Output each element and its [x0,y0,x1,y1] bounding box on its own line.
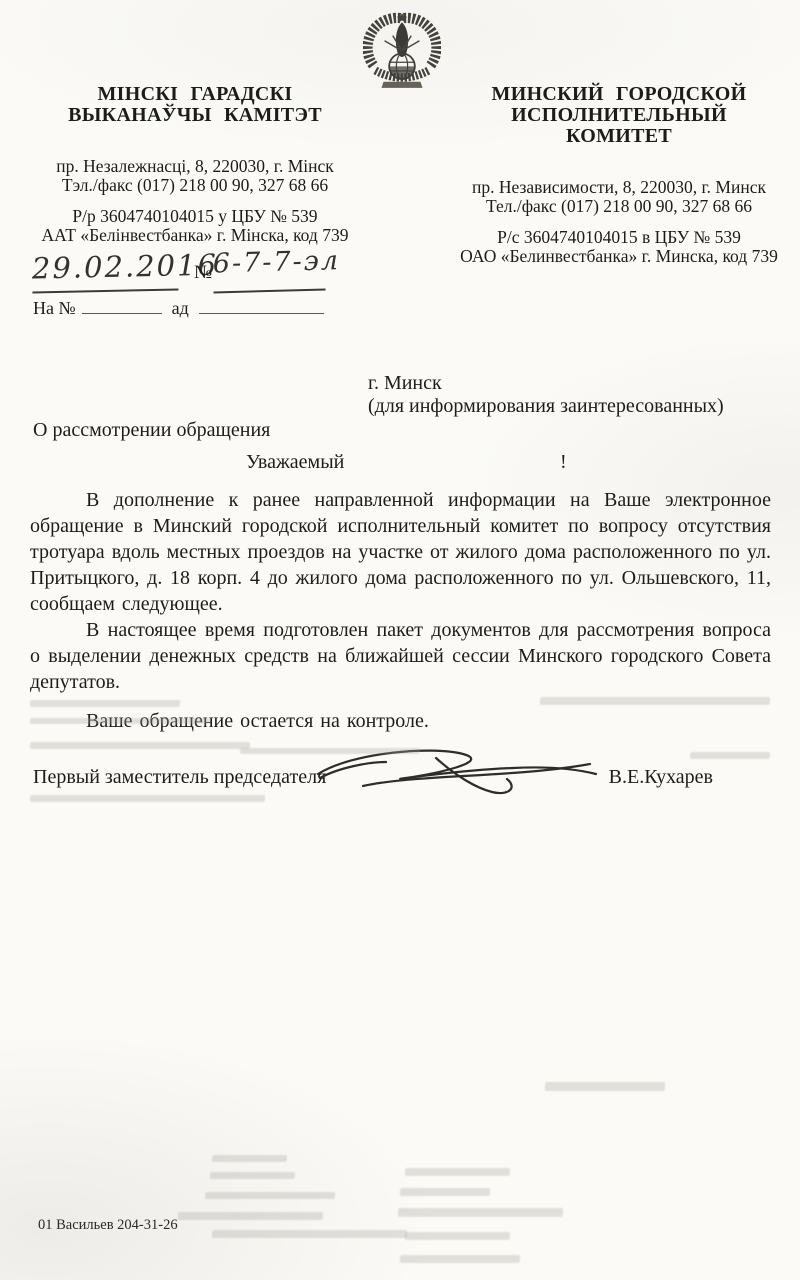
bleed-through-artifact [30,718,210,724]
bleed-through-artifact [545,1082,666,1091]
bleed-through-artifact [400,1188,491,1196]
bleed-through-artifact [690,752,770,759]
bank-by-line2: ААТ «Белінвестбанка» г. Мінска, код 739 [28,226,362,245]
bleed-through-artifact [30,700,180,707]
org-name-ru-line1: МИНСКИЙ ГОРОДСКОЙ [452,84,786,105]
bleed-through-artifact [400,1255,521,1263]
bleed-through-artifact [210,1172,295,1179]
scanned-letter-page: МІНСКІ ГАРАДСКІ ВЫКАНАЎЧЫ КАМІТЭТ пр. Не… [0,0,800,1280]
incoming-from-label: ад [172,298,189,319]
address-ru-line2: Тел./факс (017) 218 00 90, 327 68 66 [452,197,786,216]
executor-note: 01 Васильев 204-31-26 [38,1217,178,1234]
incoming-number-label: На № [33,298,76,319]
org-name-by-line2: ВЫКАНАЎЧЫ КАМІТЭТ [28,105,362,126]
bleed-through-artifact [30,742,250,749]
bleed-through-artifact [212,1230,408,1238]
address-ru-line1: пр. Независимости, 8, 220030, г. Минск [452,178,786,197]
address-by-line1: пр. Незалежнасці, 8, 220030, г. Мінск [28,157,362,176]
bleed-through-artifact [30,795,265,802]
bleed-through-artifact [178,1212,324,1220]
bleed-through-artifact [405,1232,511,1240]
bleed-through-artifact [405,1168,511,1176]
body-paragraph-1: В дополнение к ранее направленной информ… [30,487,771,617]
bank-by-line1: Р/р 3604740104015 у ЦБУ № 539 [28,207,362,226]
org-name-ru-line2: ИСПОЛНИТЕЛЬНЫЙ КОМИТЕТ [452,105,786,147]
incoming-reference-row: На №ад [33,298,324,319]
signature-name: В.Е.Кухарев [609,766,713,789]
bleed-through-artifact [540,697,771,705]
salutation-exclamation: ! [560,451,567,474]
letterhead-belarusian: МІНСКІ ГАРАДСКІ ВЫКАНАЎЧЫ КАМІТЭТ пр. Не… [28,84,362,245]
subject-line: О рассмотрении обращения [33,419,270,442]
bleed-through-artifact [398,1208,564,1217]
org-name-by: МІНСКІ ГАРАДСКІ ВЫКАНАЎЧЫ КАМІТЭТ [28,84,362,126]
address-by: пр. Незалежнасці, 8, 220030, г. Мінск Тэ… [28,157,362,195]
bleed-through-artifact [205,1192,335,1199]
salutation-word: Уважаемый [246,451,344,474]
address-by-line2: Тэл./факс (017) 218 00 90, 327 68 66 [28,176,362,195]
org-name-by-line1: МІНСКІ ГАРАДСКІ [28,84,362,105]
signature-title: Первый заместитель председателя [33,766,326,789]
coat-of-arms-belarus-icon [363,12,441,94]
body-paragraph-2: В настоящее время подготовлен пакет доку… [30,617,771,695]
incoming-date-blank-line [199,299,324,314]
org-name-ru: МИНСКИЙ ГОРОДСКОЙ ИСПОЛНИТЕЛЬНЫЙ КОМИТЕТ [452,84,786,147]
bank-details-by: Р/р 3604740104015 у ЦБУ № 539 ААТ «Белін… [28,207,362,245]
outgoing-date-handwritten: 29.02.2016 [32,248,179,293]
bleed-through-artifact [212,1155,287,1162]
bleed-through-artifact [240,748,420,754]
salutation-row: Уважаемый ! [0,451,800,477]
letterhead-russian: МИНСКИЙ ГОРОДСКОЙ ИСПОЛНИТЕЛЬНЫЙ КОМИТЕТ… [452,84,786,266]
bank-ru-line2: ОАО «Белинвестбанка» г. Минска, код 739 [452,247,786,266]
outgoing-number-handwritten: 6-7-7-эл [212,246,325,294]
bank-ru-line1: Р/с 3604740104015 в ЦБУ № 539 [452,228,786,247]
address-ru: пр. Независимости, 8, 220030, г. Минск Т… [452,178,786,216]
incoming-number-blank-line [82,299,162,314]
place-note: (для информирования заинтересованных) [368,395,724,418]
outgoing-number-label: № [194,262,212,284]
place-block: г. Минск (для информирования заинтересов… [368,372,724,418]
place-line: г. Минск [368,372,724,395]
bank-details-ru: Р/с 3604740104015 в ЦБУ № 539 ОАО «Белин… [452,228,786,266]
